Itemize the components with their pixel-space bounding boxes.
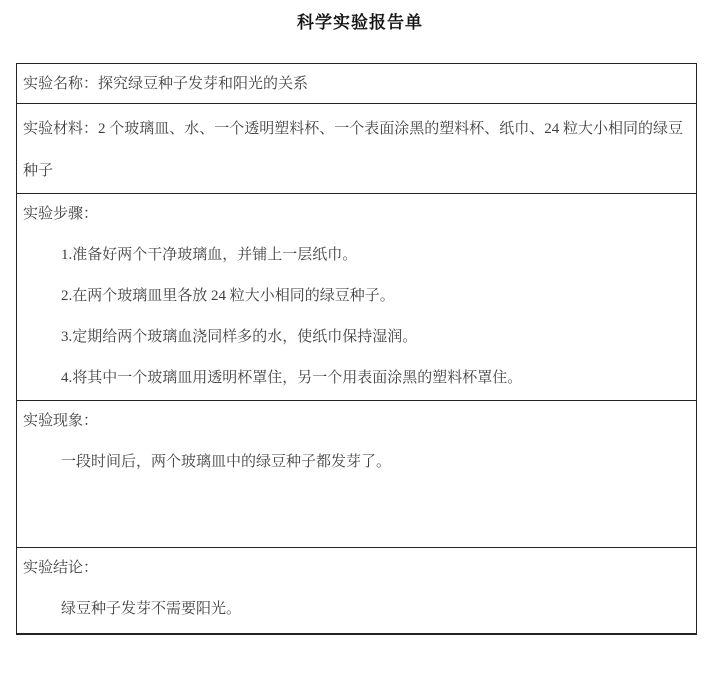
experiment-steps-label: 实验步骤： (23, 194, 690, 235)
experiment-phenomena-label: 实验现象： (23, 401, 690, 442)
row-experiment-name: 实验名称：探究绿豆种子发芽和阳光的关系 (17, 64, 696, 104)
experiment-step-3: 3.定期给两个玻璃血浇同样多的水，使纸巾保持湿润。 (23, 317, 690, 358)
experiment-conclusion-text: 绿豆种子发芽不需要阳光。 (23, 589, 690, 630)
report-table: 实验名称：探究绿豆种子发芽和阳光的关系 实验材料：2 个玻璃皿、水、一个透明塑料… (16, 63, 697, 635)
row-experiment-phenomena: 实验现象： 一段时间后，两个玻璃皿中的绿豆种子都发芽了。 (17, 401, 696, 548)
experiment-phenomena-text: 一段时间后，两个玻璃皿中的绿豆种子都发芽了。 (23, 442, 690, 483)
row-experiment-steps: 实验步骤： 1.准备好两个干净玻璃血，并铺上一层纸巾。 2.在两个玻璃皿里各放 … (17, 194, 696, 401)
experiment-step-4: 4.将其中一个玻璃皿用透明杯罩住，另一个用表面涂黑的塑料杯罩住。 (23, 358, 690, 399)
experiment-name-text: 实验名称：探究绿豆种子发芽和阳光的关系 (23, 64, 690, 104)
experiment-step-2: 2.在两个玻璃皿里各放 24 粒大小相同的绿豆种子。 (23, 276, 690, 317)
row-experiment-conclusion: 实验结论： 绿豆种子发芽不需要阳光。 (17, 548, 696, 633)
page-title: 科学实验报告单 (0, 0, 720, 33)
experiment-step-1: 1.准备好两个干净玻璃血，并铺上一层纸巾。 (23, 235, 690, 276)
row-experiment-materials: 实验材料：2 个玻璃皿、水、一个透明塑料杯、一个表面涂黑的塑料杯、纸巾、24 粒… (17, 104, 696, 194)
experiment-conclusion-label: 实验结论： (23, 548, 690, 589)
experiment-materials-text: 实验材料：2 个玻璃皿、水、一个透明塑料杯、一个表面涂黑的塑料杯、纸巾、24 粒… (23, 104, 690, 192)
report-page: 科学实验报告单 实验名称：探究绿豆种子发芽和阳光的关系 实验材料：2 个玻璃皿、… (0, 0, 720, 675)
